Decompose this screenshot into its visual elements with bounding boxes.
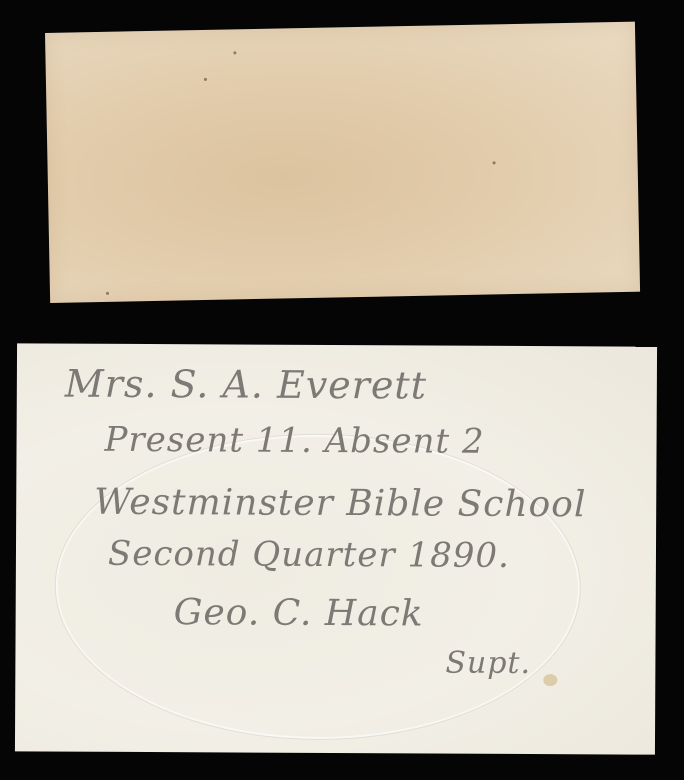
- quarter-year: Second Quarter 1890.: [108, 534, 510, 576]
- blank-aged-card: [45, 22, 640, 303]
- attendance-record: Present 11. Absent 2: [104, 420, 484, 462]
- speck: [204, 78, 207, 81]
- signature-title: Supt.: [445, 646, 531, 681]
- foxing-stain: [543, 674, 557, 686]
- school-name: Westminster Bible School: [94, 482, 586, 526]
- speck: [233, 51, 236, 54]
- embossed-handwritten-card: Mrs. S. A. Everett Present 11. Absent 2 …: [15, 343, 657, 754]
- speck: [493, 161, 496, 164]
- speck: [106, 292, 109, 295]
- signature: Geo. C. Hack: [174, 592, 424, 634]
- recipient-name: Mrs. S. A. Everett: [65, 362, 427, 408]
- embossed-floral-pattern: [55, 434, 581, 741]
